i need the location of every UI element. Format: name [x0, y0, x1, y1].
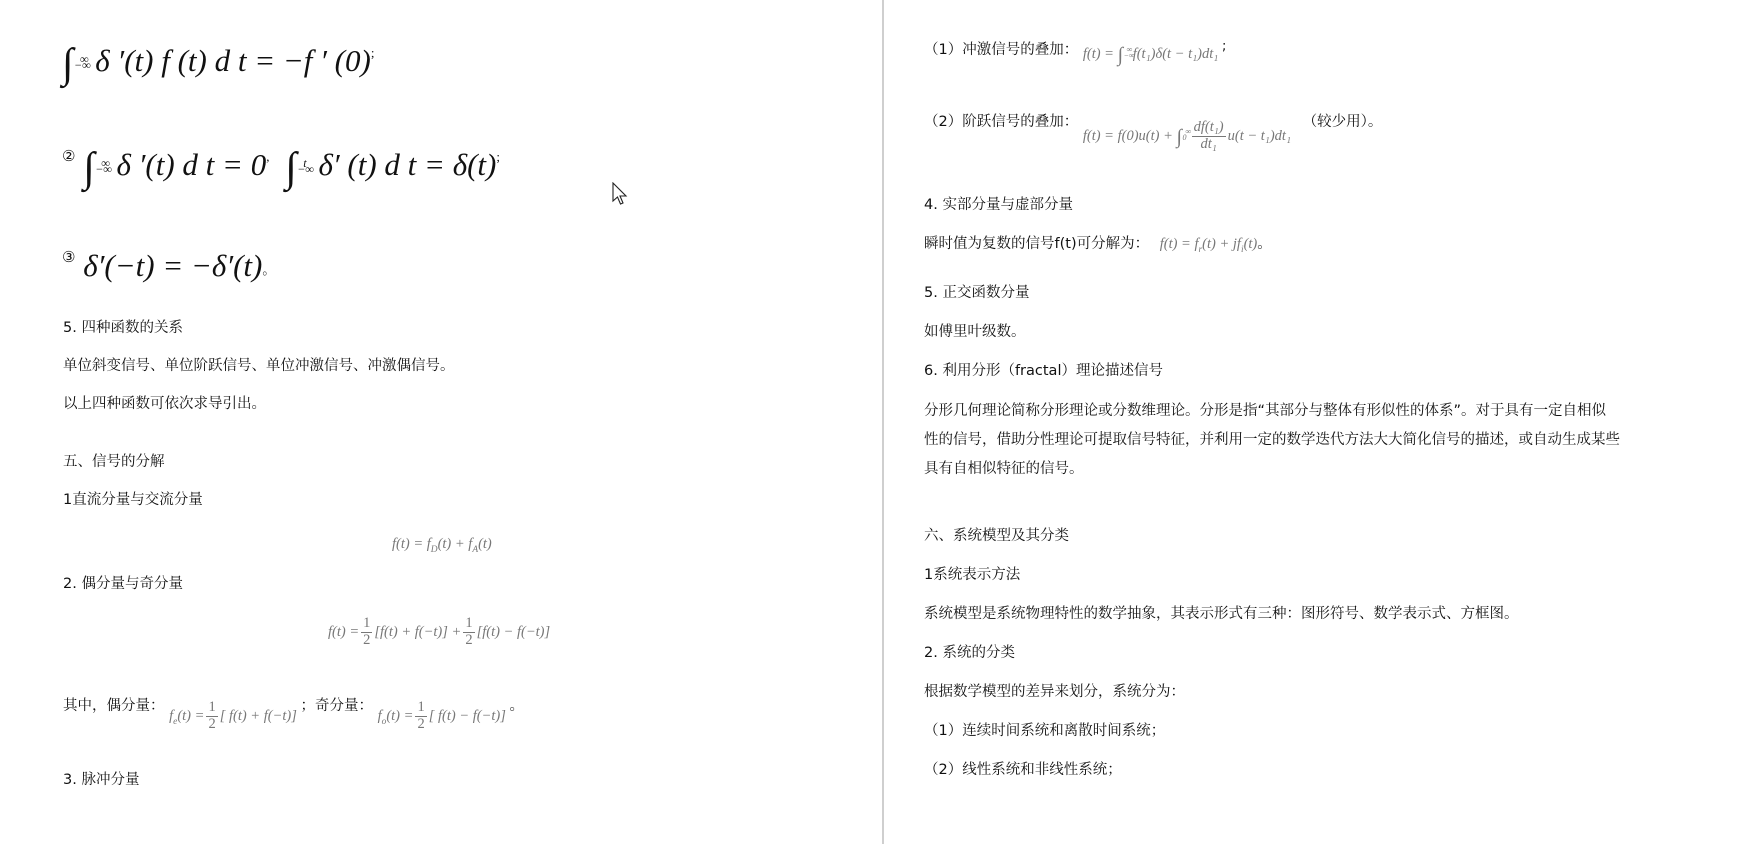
step-superposition-line: （2）阶跃信号的叠加： f(t) = f(0)u(t) + ∫∞0 df(t₁)…: [924, 106, 1382, 139]
integral-symbol: ∫∞−∞: [83, 140, 95, 190]
integral-symbol: ∫∞−∞: [62, 36, 74, 86]
formula-even-component: fe(t) =12[ f(t) + f(−t)]: [169, 708, 300, 724]
document-page-left: ∫∞−∞ δ ′(t) f (t) d t = −f ′ (0); ② ∫∞−∞…: [0, 0, 882, 844]
list-item: （1）连续时间系统和离散时间系统；: [924, 721, 1165, 741]
complex-signal-line: 瞬时值为复数的信号f(t)可分解为： f(t) = fr(t) + jfi(t)…: [924, 234, 1272, 260]
formula-even-odd-decomposition: f(t) =12[f(t) + f(−t)] +12[f(t) − f(−t)]: [328, 616, 550, 649]
paragraph: 以上四种函数可依次求导引出。: [63, 394, 266, 414]
fractal-paragraph-line-1: 分形几何理论简称分形理论或分数维理论。分形是指“其部分与整体有形似性的体系”。对…: [924, 401, 1606, 421]
integral-symbol: ∫t−∞: [285, 140, 297, 190]
subheading-pulse-component: 3. 脉冲分量: [63, 770, 139, 790]
formula-step-superposition: f(t) = f(0)u(t) + ∫∞0 df(t₁)dt₁u(t − t₁)…: [1083, 128, 1295, 144]
formula-delta-derivative-odd: ③ δ′(−t) = −δ′(t)。: [62, 246, 275, 292]
paragraph: 如傅里叶级数。: [924, 322, 1026, 342]
section-heading-system-models: 六、系统模型及其分类: [924, 526, 1069, 546]
formula-dc-ac: f(t) = fD(t) + fA(t): [392, 534, 492, 560]
document-page-right: （1）冲激信号的叠加： f(t) = ∫∞−∞ f(t₁)δ(t − t₁)dt…: [884, 0, 1760, 844]
circled-number-3: ③: [62, 248, 75, 266]
list-item: （2）线性系统和非线性系统；: [924, 760, 1122, 780]
formula-delta-derivative-sifting: ∫∞−∞ δ ′(t) f (t) d t = −f ′ (0);: [62, 36, 374, 92]
mouse-pointer-icon: [612, 182, 628, 208]
subheading-system-classification: 2. 系统的分类: [924, 643, 1015, 663]
subheading-system-representation: 1系统表示方法: [924, 565, 1020, 585]
heading-fractal: 6. 利用分形（fractal）理论描述信号: [924, 361, 1163, 381]
paragraph: 根据数学模型的差异来划分，系统分为：: [924, 682, 1185, 702]
heading-real-imag: 4. 实部分量与虚部分量: [924, 195, 1073, 215]
fractal-paragraph-line-2: 性的信号，借助分性理论可提取信号特征，并利用一定的数学迭代方法大大简化信号的描述…: [924, 430, 1620, 450]
subheading-even-odd: 2. 偶分量与奇分量: [63, 574, 183, 594]
formula-impulse-superposition: f(t) = ∫∞−∞ f(t₁)δ(t − t₁)dt₁: [1083, 46, 1222, 62]
impulse-superposition-line: （1）冲激信号的叠加： f(t) = ∫∞−∞ f(t₁)δ(t − t₁)dt…: [924, 38, 1226, 63]
subheading-dc-ac: 1直流分量与交流分量: [63, 490, 203, 510]
formula-delta-derivative-integrals: ② ∫∞−∞ δ ′(t) d t = 0, ∫t−∞ δ′ (t) d t =…: [62, 140, 500, 196]
paragraph: 单位斜变信号、单位阶跃信号、单位冲激信号、冲激偶信号。: [63, 356, 455, 376]
section-heading-signal-decomposition: 五、信号的分解: [63, 452, 165, 472]
paragraph: 系统模型是系统物理特性的数学抽象，其表示形式有三种：图形符号、数学表示式、方框图…: [924, 604, 1519, 624]
circled-number-2: ②: [62, 147, 75, 165]
formula-real-imag: f(t) = fr(t) + jfi(t): [1160, 236, 1258, 252]
heading-four-functions: 5. 四种函数的关系: [63, 318, 183, 338]
heading-orthogonal: 5. 正交函数分量: [924, 283, 1029, 303]
formula-odd-component: fo(t) =12[ f(t) − f(−t)]: [378, 708, 510, 724]
even-odd-components-line: 其中，偶分量： fe(t) =12[ f(t) + f(−t)] ；奇分量： f…: [63, 690, 524, 723]
fractal-paragraph-line-3: 具有自相似特征的信号。: [924, 459, 1084, 479]
